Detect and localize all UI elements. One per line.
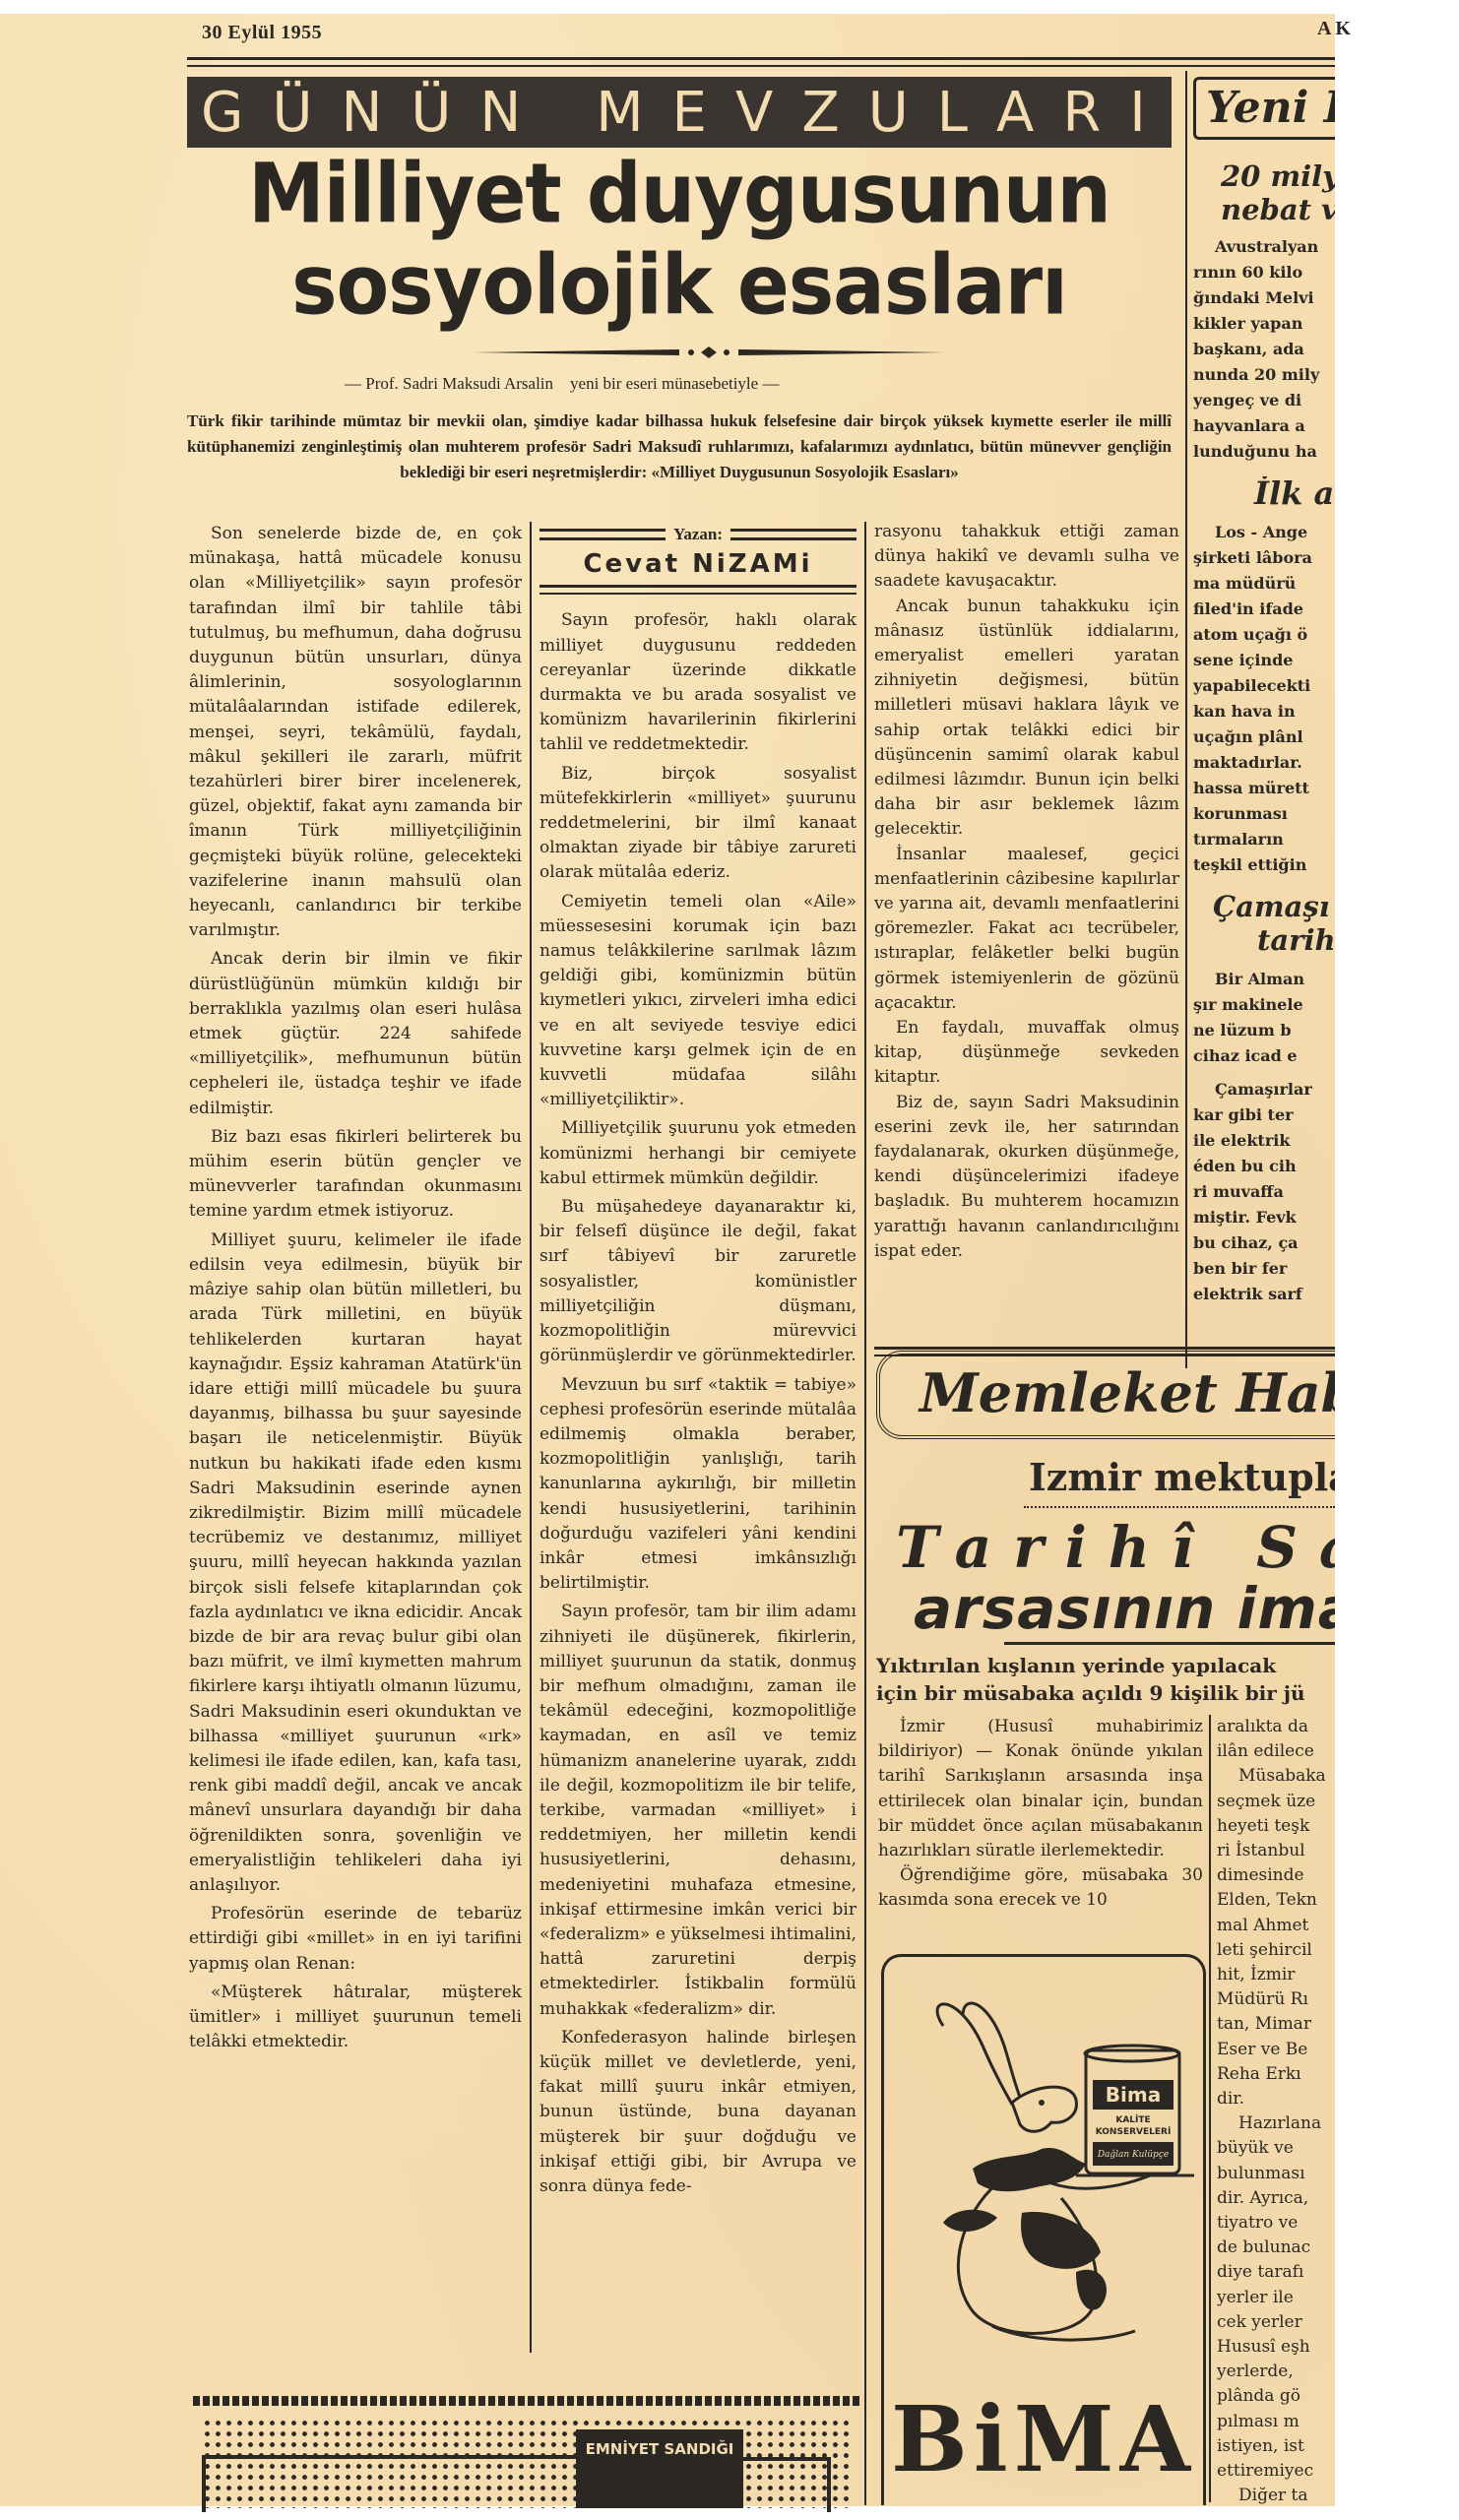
author-box: Yazan: Cevat NiZAMi xyxy=(539,522,856,595)
author-label: Yazan: xyxy=(673,522,723,546)
banner-letter xyxy=(549,81,579,145)
text-line: Bir Alman xyxy=(1193,967,1335,992)
column-divider-1 xyxy=(530,522,532,2353)
paragraph: En faydalı, muvaffak olmuş kitap, düşünm… xyxy=(874,1016,1179,1091)
banner-letter: Ü xyxy=(411,81,463,145)
kicker-underline xyxy=(1024,1506,1335,1508)
banner-letter: Ü xyxy=(272,81,324,145)
double-rule xyxy=(539,529,666,540)
text-line: diye tarafı xyxy=(1217,2260,1335,2285)
text-line: hassa mürett xyxy=(1193,776,1335,801)
memleket-column-right: aralıkta da ilân edilece Müsabaka seçmek… xyxy=(1217,1715,1335,2509)
dotted-rule xyxy=(193,2396,862,2406)
text-line: ğındaki Melvi xyxy=(1193,285,1335,311)
can-label-line: KALİTE xyxy=(1088,2114,1178,2126)
text-line: nunda 20 mily xyxy=(1193,362,1335,388)
memleket-banner: Memleket Hab xyxy=(876,1351,1335,1439)
emniyet-advertisement: EMNİYET SANDIĞI xyxy=(202,2418,852,2508)
banner-letter: N xyxy=(341,81,394,145)
banner-letter: Z xyxy=(801,81,851,145)
banner-letter: G xyxy=(201,81,255,145)
text-line: başkanı, ada xyxy=(1193,337,1335,362)
text-line: aralıkta da xyxy=(1217,1715,1335,1739)
paragraph: Biz de, sayın Sadri Maksudinin eserini z… xyxy=(874,1091,1179,1264)
text-line: cek yerler xyxy=(1217,2310,1335,2335)
text-line: rının 60 kilo xyxy=(1193,260,1335,285)
top-double-rule xyxy=(187,57,1335,67)
paragraph: Ancak bunun tahakkuku için mânasız üstün… xyxy=(874,595,1179,843)
memleket-headline-1: Tarihî Sarı xyxy=(896,1514,1335,1581)
rabbit-illustration xyxy=(904,1986,1199,2361)
paragraph: Biz bazı esas fikirleri belirterek bu mü… xyxy=(189,1125,522,1225)
subhead-line: Yıktırılan kışlanın yerinde yapılacak xyxy=(876,1652,1335,1679)
paragraph: İzmir (Hususî muhabirimiz bildiriyor) — … xyxy=(878,1715,1203,1863)
text-line: cihaz icad e xyxy=(1193,1043,1335,1069)
article-column-3: rasyonu tahakkuk ettiği zaman dünya haki… xyxy=(874,520,1179,1264)
paragraph: İnsanlar maalesef, geçici menfaatlerinin… xyxy=(874,843,1179,1016)
text-line: dir. xyxy=(1217,2087,1335,2111)
text-line: bulunması xyxy=(1217,2162,1335,2186)
side-story-3-headline: Çamaşı tarihe xyxy=(1193,890,1335,957)
text-line: seçmek üze xyxy=(1217,1790,1335,1814)
banner-letter: L xyxy=(937,81,980,145)
side-story-3-body: Bir Alman şır makinele ne lüzum b cihaz … xyxy=(1193,967,1335,1307)
page-header-fragment: A K xyxy=(1317,18,1351,40)
text-line: Elden, Tekn xyxy=(1217,1888,1335,1913)
text-line: dimesinde xyxy=(1217,1863,1335,1888)
paragraph: «Müşterek hâtıralar, müşterek ümitler» i… xyxy=(189,1981,522,2055)
can-label-line: KONSERVELERİ xyxy=(1088,2126,1178,2138)
banner-letter: I xyxy=(1129,81,1158,145)
text-line: pılması m xyxy=(1217,2410,1335,2434)
article-column-1: Son senelerde bizde de, en çok münakaşa,… xyxy=(189,522,522,2054)
side-story-1-headline: 20 mily nebat ve xyxy=(1193,159,1335,226)
text-line: uçağın plânl xyxy=(1193,724,1335,750)
text-line: miştir. Fevk xyxy=(1193,1205,1335,1230)
banner-letter: V xyxy=(735,81,785,145)
text-line: kar gibi ter xyxy=(1193,1102,1335,1128)
paragraph: rasyonu tahakkuk ettiği zaman dünya haki… xyxy=(874,520,1179,595)
paragraph: Profesörün eserinde de tebarüz ettirdiği… xyxy=(189,1902,522,1977)
text-line: heyeti teşk xyxy=(1217,1814,1335,1839)
section-banner: GÜNÜN MEVZULARI xyxy=(187,77,1172,148)
text-line: elektrik sarf xyxy=(1193,1282,1335,1307)
text-line: hit, İzmir xyxy=(1217,1963,1335,1987)
headline-line-2: sosyolojik esasları xyxy=(187,240,1172,332)
paragraph: Sayın profesör, haklı olarak milliyet du… xyxy=(539,608,856,757)
text-line: yerlerde, xyxy=(1217,2360,1335,2384)
text-line: lunduğunu ha xyxy=(1193,439,1335,465)
bima-wordmark: BiMA xyxy=(884,2390,1203,2488)
text-line: ma müdürü xyxy=(1193,571,1335,597)
paragraph: Son senelerde bizde de, en çok münakaşa,… xyxy=(189,522,522,943)
side-section-box: Yeni B xyxy=(1193,77,1335,140)
paragraph: Milliyetçilik şuurunu yok etmeden komüni… xyxy=(539,1116,856,1191)
banner-letter: U xyxy=(868,81,920,145)
author-name: Cevat NiZAMi xyxy=(539,552,856,577)
side-column: Yeni B 20 mily nebat ve Avustralyan rını… xyxy=(1193,77,1335,1307)
text-line: Müsabaka xyxy=(1217,1764,1335,1789)
headline-line: 20 mily xyxy=(1221,159,1335,193)
text-line: bu cihaz, ça xyxy=(1193,1230,1335,1256)
paragraph: Bu müşahedeye dayanaraktır ki, bir felse… xyxy=(539,1195,856,1368)
paragraph: Öğrendiğime göre, müsabaka 30 kasımda so… xyxy=(878,1863,1203,1913)
subhead-line: için bir müsabaka açıldı 9 kişilik bir j… xyxy=(876,1679,1335,1707)
headline-rule xyxy=(1004,1642,1335,1645)
text-line: dir. Ayrıca, xyxy=(1217,2186,1335,2211)
side-story-2-body: Los - Ange şirketi lâbora ma müdürü file… xyxy=(1193,520,1335,878)
column-divider-3 xyxy=(1209,1715,1211,2502)
author-label-row: Yazan: xyxy=(539,522,856,546)
text-line: Eser ve Be xyxy=(1217,2038,1335,2062)
bima-advertisement: Bima KALİTE KONSERVELERİ Dağlan Kulüpçe … xyxy=(881,1954,1206,2505)
can-label: KALİTE KONSERVELERİ xyxy=(1088,2114,1178,2138)
text-line: de bulunac xyxy=(1217,2236,1335,2260)
article-column-2: Yazan: Cevat NiZAMi Sayın profesör, hakl… xyxy=(539,522,856,2199)
can-brand: Bima xyxy=(1093,2080,1174,2110)
column-divider-2 xyxy=(864,522,866,1368)
paragraph: Konfederasyon halinde birleşen küçük mil… xyxy=(539,2026,856,2199)
memleket-kicker: Izmir mektupla xyxy=(1029,1455,1335,1499)
text-line: ilân edilece xyxy=(1217,1739,1335,1764)
text-line: istiyen, ist xyxy=(1217,2434,1335,2459)
article-lede: Türk fikir tarihinde mümtaz bir mevkii o… xyxy=(187,409,1172,485)
can-signature: Dağlan Kulüpçe xyxy=(1093,2144,1174,2166)
text-line: tan, Mimar xyxy=(1217,2012,1335,2037)
text-line: korunması xyxy=(1193,801,1335,827)
text-line: kan hava in xyxy=(1193,699,1335,724)
text-line: kikler yapan xyxy=(1193,311,1335,337)
text-line: Hazırlana xyxy=(1217,2111,1335,2136)
paragraph: Ancak derin bir ilmin ve fikir dürüstlüğ… xyxy=(189,947,522,1120)
headline-line: Çamaşı xyxy=(1213,890,1335,923)
text-line: teşkil ettiğin xyxy=(1193,852,1335,878)
text-line: şirketi lâbora xyxy=(1193,545,1335,571)
memleket-headline-2: arsasının imar xyxy=(914,1575,1335,1642)
text-line: ettiremiyec xyxy=(1217,2459,1335,2484)
ad-frame xyxy=(743,2457,831,2512)
side-story-2-headline: İlk at xyxy=(1193,476,1335,510)
text-line: Çamaşırlar xyxy=(1193,1077,1335,1102)
text-line: Hususî eşh xyxy=(1217,2335,1335,2360)
text-line: ri İstanbul xyxy=(1217,1839,1335,1863)
text-line: maktadırlar. xyxy=(1193,750,1335,776)
text-line: şır makinele xyxy=(1193,992,1335,1018)
banner-letter: R xyxy=(1062,81,1112,145)
headline-line-1: Milliyet duygusunun xyxy=(187,149,1172,240)
text-line: Avustralyan xyxy=(1193,234,1335,260)
paragraph: Biz, birçok sosyalist mütefekkirlerin «m… xyxy=(539,762,856,886)
text-line: ile elektrik xyxy=(1193,1128,1335,1154)
text-line: Los - Ange xyxy=(1193,520,1335,545)
text-line: yengeç ve di xyxy=(1193,388,1335,413)
text-line: filed'in ifade xyxy=(1193,597,1335,622)
text-line: Reha Erkı xyxy=(1217,2062,1335,2087)
ornament-rule xyxy=(473,345,945,360)
side-story-1-body: Avustralyan rının 60 kilo ğındaki Melvi … xyxy=(1193,234,1335,465)
text-line: ben bir fer xyxy=(1193,1256,1335,1282)
memleket-column-left: İzmir (Hususî muhabirimiz bildiriyor) — … xyxy=(878,1715,1203,1914)
text-line: sene içinde xyxy=(1193,648,1335,673)
banner-letter: N xyxy=(479,81,533,145)
banner-letter: A xyxy=(996,81,1046,145)
banner-letter: M xyxy=(596,81,655,145)
text-line: Diğer ta xyxy=(1217,2484,1335,2508)
text-line: atom uçağı ö xyxy=(1193,622,1335,648)
column-divider-2b xyxy=(864,1363,866,2505)
memleket-subhead: Yıktırılan kışlanın yerinde yapılacak iç… xyxy=(876,1652,1335,1707)
headline-line: tarihe xyxy=(1213,923,1335,957)
text-line: plânda gö xyxy=(1217,2384,1335,2409)
column-divider-main xyxy=(1185,71,1187,1368)
text-line: tırmaların xyxy=(1193,827,1335,852)
text-line: tiyatro ve xyxy=(1217,2211,1335,2236)
headline-line: nebat ve xyxy=(1221,193,1335,226)
text-line: mal Ahmet xyxy=(1217,1914,1335,1938)
paragraph: Milliyet şuuru, kelimeler ile ifade edil… xyxy=(189,1228,522,1898)
ad-frame xyxy=(202,2455,580,2512)
text-line: yapabilecekti xyxy=(1193,673,1335,699)
byline: — Prof. Sadri Maksudi Arsalin yeni bir e… xyxy=(345,374,1172,394)
issue-date: 30 Eylül 1955 xyxy=(202,22,322,44)
text-line: hayvanlara a xyxy=(1193,413,1335,439)
paragraph: Sayın profesör, tam bir ilim adamı zihni… xyxy=(539,1600,856,2021)
banner-letter: E xyxy=(672,81,719,145)
emniyet-badge: EMNİYET SANDIĞI xyxy=(576,2429,743,2508)
paragraph: Mevzuun bu sırf «taktik = tabiye» cephes… xyxy=(539,1373,856,1597)
text-line: Müdürü Rı xyxy=(1217,1987,1335,2012)
paragraph: Cemiyetin temeli olan «Aile» müessesesin… xyxy=(539,890,856,1113)
text-line: yerler ile xyxy=(1217,2286,1335,2310)
text-line: ne lüzum b xyxy=(1193,1018,1335,1043)
double-rule xyxy=(730,529,856,540)
text-line: ri muvaffa xyxy=(1193,1179,1335,1205)
text-line: éden bu cih xyxy=(1193,1154,1335,1179)
text-line: büyük ve xyxy=(1217,2136,1335,2161)
text-line: leti şehircil xyxy=(1217,1938,1335,1963)
main-headline: Milliyet duygusunun sosyolojik esasları xyxy=(187,149,1172,332)
double-rule xyxy=(539,585,856,595)
